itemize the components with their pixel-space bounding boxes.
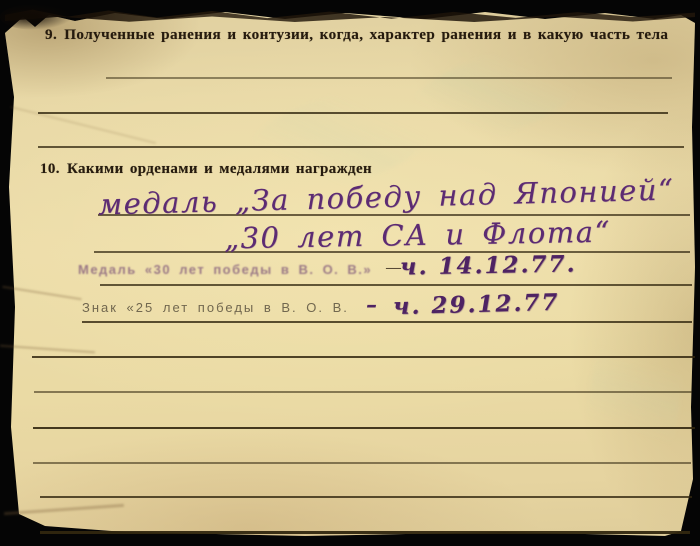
ruled-line	[40, 531, 690, 534]
section-9-title: Полученные ранения и контузии, когда, ха…	[64, 26, 668, 43]
section-10-heading: 10.Какими орденами и медалями награжден	[40, 161, 372, 178]
section-9-heading: 9.Полученные ранения и контузии, когда, …	[45, 26, 668, 44]
stamp-znak-25-let-pobedy: Знак «25 лет победы в В. О. В.	[82, 300, 349, 315]
handwritten-date-1: ч. 14.12.77.	[400, 250, 577, 280]
ruled-line	[40, 496, 692, 498]
ruled-line	[32, 356, 695, 358]
handwritten-award-line-2: „30 лет СА и Флота“	[224, 215, 611, 256]
section-10-number: 10.	[40, 161, 60, 177]
section-9-number: 9.	[45, 26, 57, 43]
stamp-2-dash: –	[366, 292, 377, 318]
ruled-line	[100, 284, 692, 286]
ruled-line	[34, 391, 692, 393]
ruled-line	[33, 462, 691, 464]
ruled-line	[106, 77, 672, 79]
section-10-title: Какими орденами и медалями награжден	[67, 161, 372, 177]
stamp-1-dash: —	[386, 260, 401, 277]
scanned-document: 9.Полученные ранения и контузии, когда, …	[0, 0, 700, 546]
stamp-medal-30-let-pobedy: Медаль «30 лет победы в В. О. В.»	[78, 262, 372, 277]
ruled-line	[82, 321, 692, 323]
ruled-line	[33, 427, 695, 429]
ruled-line	[38, 112, 668, 114]
ruled-line	[38, 146, 684, 148]
handwritten-date-2: ч. 29.12.77	[393, 289, 560, 320]
